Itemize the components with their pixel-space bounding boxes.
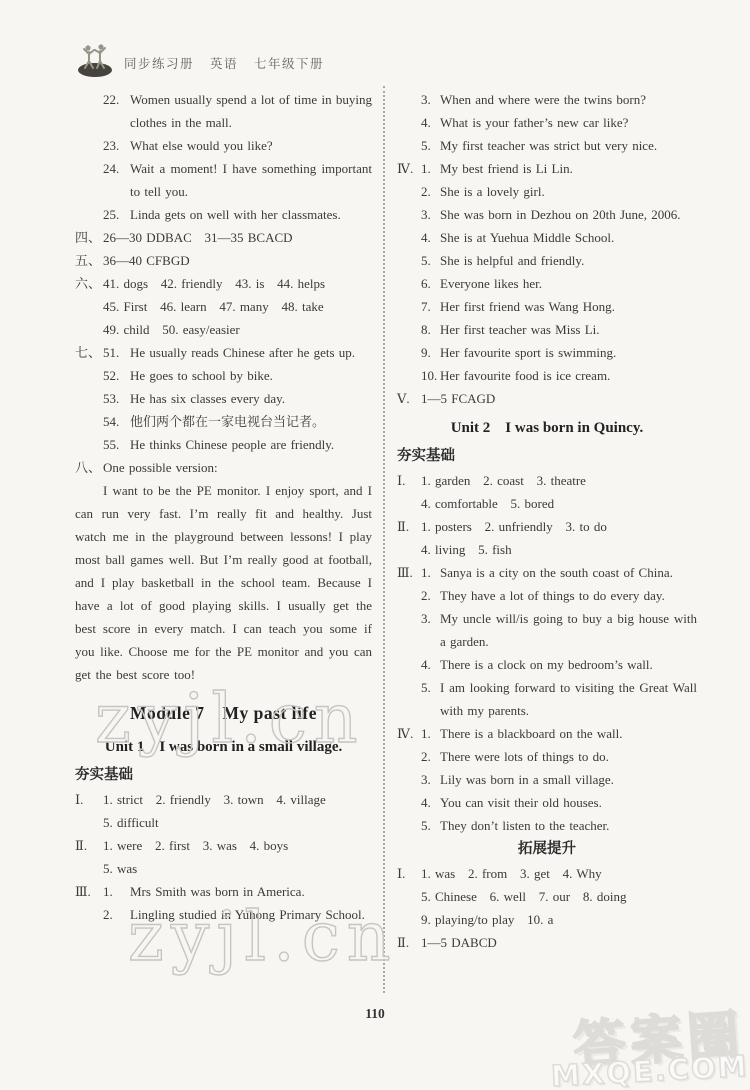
answer-row: 52.He goes to school by bike. [75, 364, 372, 387]
answer-continuation-row: 9. playing/to play 10. a [397, 908, 697, 931]
answer-text: I am looking forward to visiting the Gre… [440, 680, 697, 718]
book-title: 同步练习册 英语 七年级下册 [124, 54, 324, 72]
answer-text: 4. comfortable 5. bored [421, 496, 554, 511]
answer-row: Ⅰ.1. strict 2. friendly 3. town 4. villa… [75, 788, 372, 811]
book-series: 同步练习册 [124, 54, 194, 72]
answer-text: Mrs Smith was born in America. [130, 884, 305, 899]
answer-row: 2.She is a lovely girl. [397, 180, 697, 203]
answer-continuation-row: 4. comfortable 5. bored [397, 492, 697, 515]
item-number: 1. [103, 880, 130, 903]
answer-row: 55.He thinks Chinese people are friendly… [75, 433, 372, 456]
item-number: 24. [103, 157, 130, 180]
answer-text: They don’t listen to the teacher. [440, 818, 609, 833]
answer-text: What is your father’s new car like? [440, 115, 628, 130]
item-number: 1. [421, 561, 440, 584]
answer-text: There were lots of things to do. [440, 749, 609, 764]
answer-text: Sanya is a city on the south coast of Ch… [440, 565, 673, 580]
item-number: 1. [421, 722, 440, 745]
answer-text: Everyone likes her. [440, 276, 542, 291]
answer-text: 1—5 FCAGD [421, 391, 495, 406]
item-number: 3. [421, 203, 440, 226]
answer-row: 7.Her first friend was Wang Hong. [397, 295, 697, 318]
book-subject: 英语 [210, 54, 238, 72]
group-marker: Ⅰ. [397, 469, 421, 492]
answer-text: Lingling studied in Yuhong Primary Schoo… [130, 907, 365, 922]
item-number: 4. [421, 111, 440, 134]
answer-text: Her first teacher was Miss Li. [440, 322, 600, 337]
dancers-logo-icon [76, 42, 114, 83]
group-marker: Ⅲ. [397, 561, 421, 584]
answer-continuation-row: 5. was [75, 857, 372, 880]
answer-row: 5.I am looking forward to visiting the G… [397, 676, 697, 722]
item-number: 2. [421, 180, 440, 203]
answer-text: 5. difficult [103, 815, 159, 830]
answer-text: She was born in Dezhou on 20th June, 200… [440, 207, 681, 222]
answer-row: 3.Lily was born in a small village. [397, 768, 697, 791]
answer-row: 5.She is helpful and friendly. [397, 249, 697, 272]
answer-row: 五、36—40 CFBGD [75, 249, 372, 272]
item-number: 5. [421, 814, 440, 837]
answer-text: He thinks Chinese people are friendly. [130, 437, 334, 452]
group-marker: 八、 [75, 456, 103, 479]
answer-row: Ⅲ.1.Sanya is a city on the south coast o… [397, 561, 697, 584]
answer-row: 4.You can visit their old houses. [397, 791, 697, 814]
answer-row: 54.他们两个都在一家电视台当记者。 [75, 410, 372, 433]
item-number: 53. [103, 387, 130, 410]
item-number: 3. [421, 768, 440, 791]
answer-row: 24.Wait a moment! I have something impor… [75, 157, 372, 203]
answer-text: She is a lovely girl. [440, 184, 545, 199]
item-number: 10. [421, 364, 440, 387]
page-header: 同步练习册 英语 七年级下册 [76, 42, 324, 83]
answer-text: She is helpful and friendly. [440, 253, 584, 268]
answer-row: 4.She is at Yuehua Middle School. [397, 226, 697, 249]
answer-text: He has six classes every day. [130, 391, 285, 406]
answer-text: Her favourite sport is swimming. [440, 345, 616, 360]
answer-text: What else would you like? [130, 138, 273, 153]
unit-heading: Unit 1 I was born in a small village. [75, 736, 372, 759]
answer-text: Her first friend was Wang Hong. [440, 299, 615, 314]
item-number: 2. [421, 745, 440, 768]
answer-row: 25.Linda gets on well with her classmate… [75, 203, 372, 226]
answer-text: 1. posters 2. unfriendly 3. to do [421, 519, 607, 534]
answer-row: Ⅱ.1. posters 2. unfriendly 3. to do [397, 515, 697, 538]
item-number: 52. [103, 364, 130, 387]
group-marker: Ⅳ. [397, 722, 421, 745]
item-number: 3. [421, 88, 440, 111]
answer-text: 1. garden 2. coast 3. theatre [421, 473, 586, 488]
item-number: 25. [103, 203, 130, 226]
answer-text: 4. living 5. fish [421, 542, 512, 557]
item-number: 4. [421, 791, 440, 814]
answer-text: Lily was born in a small village. [440, 772, 614, 787]
answer-text: Her favourite food is ice cream. [440, 368, 610, 383]
answer-row: 4.What is your father’s new car like? [397, 111, 697, 134]
answer-text: My uncle will/is going to buy a big hous… [440, 611, 697, 649]
section-heading: 夯实基础 [397, 445, 697, 468]
answer-row: Ⅳ.1.There is a blackboard on the wall. [397, 722, 697, 745]
answer-continuation-row: 5. difficult [75, 811, 372, 834]
answer-text: My first teacher was strict but very nic… [440, 138, 657, 153]
answer-row: 8.Her first teacher was Miss Li. [397, 318, 697, 341]
answer-text: 9. playing/to play 10. a [421, 912, 553, 927]
group-marker: Ⅱ. [397, 515, 421, 538]
group-marker: 四、 [75, 226, 103, 249]
answer-row: Ⅱ.1—5 DABCD [397, 931, 697, 954]
workbook-answer-page: 同步练习册 英语 七年级下册 22.Women usually spend a … [0, 0, 750, 1090]
answer-text: 26—30 DDBAC 31—35 BCACD [103, 230, 293, 245]
essay-paragraph: I want to be the PE monitor. I enjoy spo… [75, 479, 372, 686]
answer-text: 49. child 50. easy/easier [103, 322, 240, 337]
answer-text: They have a lot of things to do every da… [440, 588, 665, 603]
answer-row: 23.What else would you like? [75, 134, 372, 157]
answer-row: 2.There were lots of things to do. [397, 745, 697, 768]
page-number: 110 [0, 1006, 750, 1022]
answer-text: 1. was 2. from 3. get 4. Why [421, 866, 602, 881]
answer-text: 5. Chinese 6. well 7. our 8. doing [421, 889, 626, 904]
answer-text: You can visit their old houses. [440, 795, 602, 810]
answer-row: 2.They have a lot of things to do every … [397, 584, 697, 607]
item-number: 9. [421, 341, 440, 364]
answer-text: 41. dogs 42. friendly 43. is 44. helps [103, 276, 325, 291]
answer-text: Linda gets on well with her classmates. [130, 207, 341, 222]
section-heading: 夯实基础 [75, 764, 372, 787]
answer-continuation-row: 49. child 50. easy/easier [75, 318, 372, 341]
answer-text: 他们两个都在一家电视台当记者。 [130, 414, 325, 429]
answer-row: 七、51.He usually reads Chinese after he g… [75, 341, 372, 364]
item-number: 7. [421, 295, 440, 318]
watermark-site-url: MXQE.COM [550, 1049, 749, 1090]
item-number: 23. [103, 134, 130, 157]
item-number: 5. [421, 249, 440, 272]
answer-row: Ⅳ.1.My best friend is Li Lin. [397, 157, 697, 180]
answer-row: Ⅱ.1. were 2. first 3. was 4. boys [75, 834, 372, 857]
answer-text: Women usually spend a lot of time in buy… [130, 92, 372, 130]
item-number: 5. [421, 676, 440, 699]
answer-text: 5. was [103, 861, 137, 876]
item-number: 5. [421, 134, 440, 157]
answer-row: 3.She was born in Dezhou on 20th June, 2… [397, 203, 697, 226]
item-number: 2. [421, 584, 440, 607]
answer-row: 10.Her favourite food is ice cream. [397, 364, 697, 387]
answer-row: Ⅰ.1. garden 2. coast 3. theatre [397, 469, 697, 492]
answer-text: 36—40 CFBGD [103, 253, 190, 268]
answers-column-right: 3.When and where were the twins born?4.W… [397, 88, 697, 954]
book-grade: 七年级下册 [254, 54, 324, 72]
answer-row: Ⅲ.1.Mrs Smith was born in America. [75, 880, 372, 903]
group-marker: Ⅰ. [397, 862, 421, 885]
answer-text: When and where were the twins born? [440, 92, 646, 107]
group-marker: Ⅱ. [75, 834, 103, 857]
group-marker: Ⅳ. [397, 157, 421, 180]
group-marker: Ⅱ. [397, 931, 421, 954]
answer-row: Ⅴ.1—5 FCAGD [397, 387, 697, 410]
answer-text: He usually reads Chinese after he gets u… [130, 345, 355, 360]
answer-row: 22.Women usually spend a lot of time in … [75, 88, 372, 134]
answer-row: 53.He has six classes every day. [75, 387, 372, 410]
answer-row: 六、41. dogs 42. friendly 43. is 44. helps [75, 272, 372, 295]
answer-row: Ⅰ.1. was 2. from 3. get 4. Why [397, 862, 697, 885]
answer-text: 1—5 DABCD [421, 935, 497, 950]
group-marker: Ⅲ. [75, 880, 103, 903]
answer-row: 4.There is a clock on my bedroom’s wall. [397, 653, 697, 676]
unit-heading: Unit 2 I was born in Quincy. [397, 417, 697, 440]
answer-continuation-row: 45. First 46. learn 47. many 48. take [75, 295, 372, 318]
answer-text: Wait a moment! I have something importan… [130, 161, 372, 199]
item-number: 54. [103, 410, 130, 433]
item-number: 6. [421, 272, 440, 295]
item-number: 22. [103, 88, 130, 111]
section-heading: 拓展提升 [397, 838, 697, 861]
answer-row: 3.When and where were the twins born? [397, 88, 697, 111]
answer-row: 2.Lingling studied in Yuhong Primary Sch… [75, 903, 372, 926]
answer-continuation-row: 5. Chinese 6. well 7. our 8. doing [397, 885, 697, 908]
item-number: 4. [421, 226, 440, 249]
item-number: 8. [421, 318, 440, 341]
answer-text: 1. strict 2. friendly 3. town 4. village [103, 792, 326, 807]
answer-text: There is a blackboard on the wall. [440, 726, 623, 741]
column-divider [383, 86, 385, 993]
answer-row: 9.Her favourite sport is swimming. [397, 341, 697, 364]
group-marker: Ⅴ. [397, 387, 421, 410]
answer-text: One possible version: [103, 460, 218, 475]
answer-row: 八、One possible version: [75, 456, 372, 479]
item-number: 2. [103, 903, 130, 926]
answer-row: 6.Everyone likes her. [397, 272, 697, 295]
answer-continuation-row: 4. living 5. fish [397, 538, 697, 561]
answer-row: 5.My first teacher was strict but very n… [397, 134, 697, 157]
answers-column-left: 22.Women usually spend a lot of time in … [75, 88, 372, 926]
answer-text: 1. were 2. first 3. was 4. boys [103, 838, 288, 853]
item-number: 3. [421, 607, 440, 630]
module-heading: Module 7 My past life [75, 702, 372, 725]
group-marker: 七、 [75, 341, 103, 364]
answer-row: 四、26—30 DDBAC 31—35 BCACD [75, 226, 372, 249]
answer-row: 5.They don’t listen to the teacher. [397, 814, 697, 837]
item-number: 4. [421, 653, 440, 676]
group-marker: Ⅰ. [75, 788, 103, 811]
answer-text: There is a clock on my bedroom’s wall. [440, 657, 653, 672]
item-number: 1. [421, 157, 440, 180]
item-number: 55. [103, 433, 130, 456]
answer-row: 3.My uncle will/is going to buy a big ho… [397, 607, 697, 653]
answer-text: She is at Yuehua Middle School. [440, 230, 614, 245]
item-number: 51. [103, 341, 130, 364]
answer-text: He goes to school by bike. [130, 368, 273, 383]
answer-text: 45. First 46. learn 47. many 48. take [103, 299, 324, 314]
group-marker: 五、 [75, 249, 103, 272]
answer-text: My best friend is Li Lin. [440, 161, 573, 176]
group-marker: 六、 [75, 272, 103, 295]
